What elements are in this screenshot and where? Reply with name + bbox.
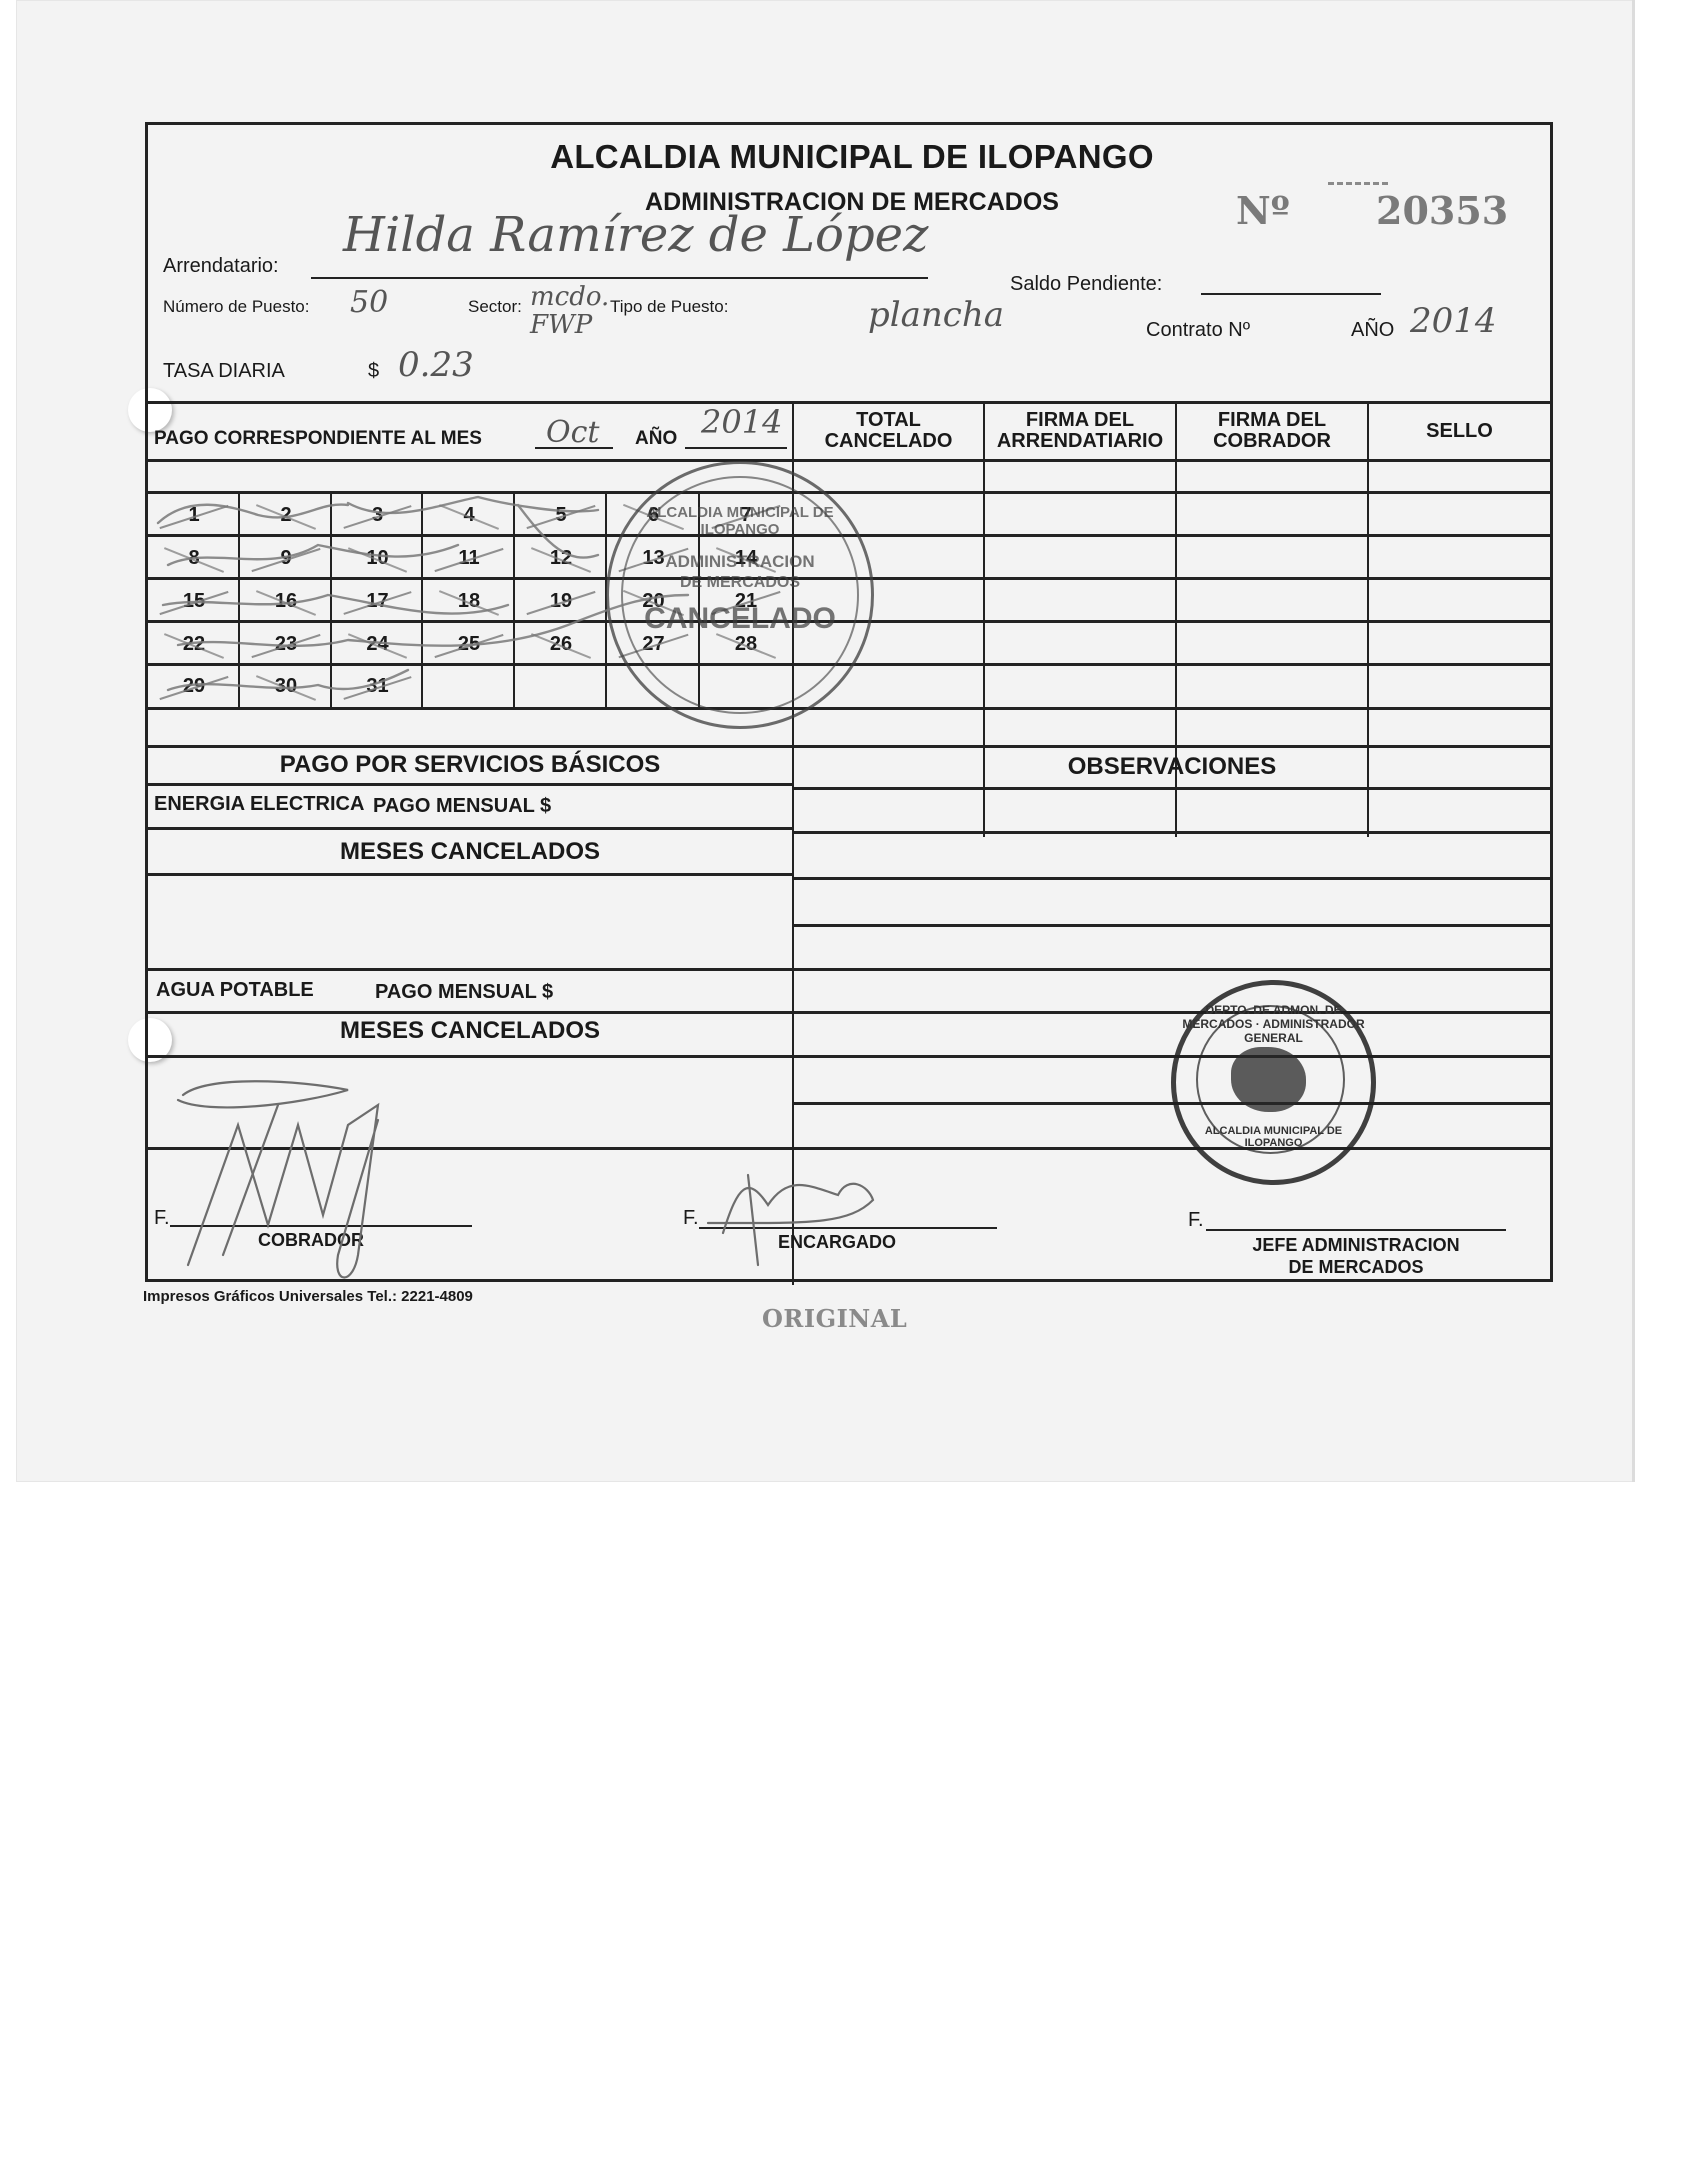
printer-credit: Impresos Gráficos Universales Tel.: 2221… xyxy=(143,1288,473,1305)
receipt-form: ALCALDIA MUNICIPAL DE ILOPANGO ADMINISTR… xyxy=(145,122,1553,1282)
day-check-marks xyxy=(148,125,1548,1285)
copy-label: ORIGINAL xyxy=(762,1304,907,1333)
page-edge xyxy=(1632,0,1635,1482)
